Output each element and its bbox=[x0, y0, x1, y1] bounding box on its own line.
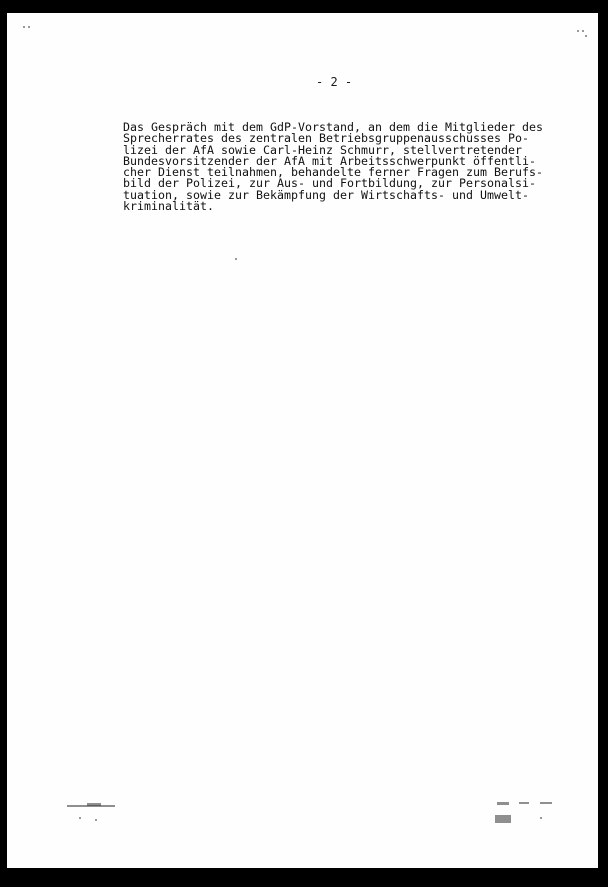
scan-smudge bbox=[495, 815, 511, 823]
scan-speck bbox=[95, 819, 97, 821]
scan-smudge bbox=[497, 802, 509, 805]
scan-speck bbox=[28, 26, 30, 28]
scan-speck bbox=[540, 817, 542, 819]
scan-speck bbox=[582, 30, 584, 32]
scan-speck bbox=[23, 26, 25, 28]
scan-speck bbox=[577, 30, 579, 32]
scan-smudge bbox=[87, 803, 101, 806]
scan-speck bbox=[79, 817, 81, 819]
document-page: - 2 - Das Gespräch mit dem GdP-Vorstand,… bbox=[7, 13, 598, 868]
paragraph-line: kriminalität. bbox=[123, 201, 543, 212]
scan-smudge bbox=[519, 802, 529, 804]
page-number: - 2 - bbox=[316, 75, 352, 89]
scan-speck bbox=[585, 35, 587, 37]
scan-speck bbox=[235, 258, 237, 260]
scan-smudge bbox=[540, 802, 552, 804]
body-paragraph: Das Gespräch mit dem GdP-Vorstand, an de… bbox=[123, 122, 543, 212]
